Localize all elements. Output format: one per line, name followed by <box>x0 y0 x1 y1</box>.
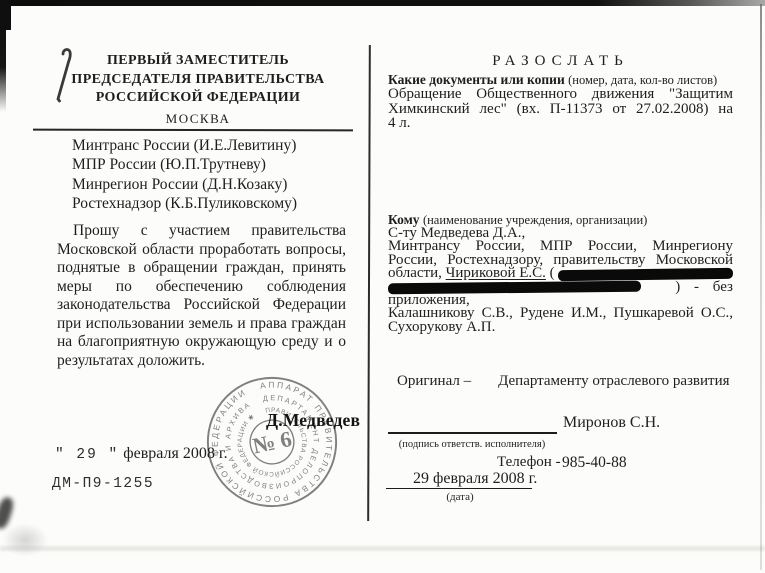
komu-list: С-ту Медведева Д.А., Минтрансу России, М… <box>388 227 733 334</box>
date-tail: февраля 2008 г. <box>123 445 227 462</box>
body-line: Прошу с участием правительства <box>57 222 346 241</box>
addressee-line: Минрегион России (Д.Н.Козаку) <box>72 175 362 194</box>
original-value: Департаменту отраслевого развития <box>498 373 729 390</box>
scanned-document-page: ПЕРВЫЙ ЗАМЕСТИТЕЛЬ ПРЕДСЕДАТЕЛЯ ПРАВИТЕЛ… <box>0 0 765 573</box>
letterhead-title-line: ПРЕДСЕДАТЕЛЯ ПРАВИТЕЛЬСТВА <box>40 71 356 90</box>
signature-rule <box>388 432 557 434</box>
body-line: поднятые в обращении граждан, принять <box>57 259 346 278</box>
docs-label-bold: Какие документы или копии <box>388 72 565 87</box>
scan-edge-right <box>760 4 762 570</box>
column-divider <box>367 45 370 521</box>
addressee-line: Ростехнадзор (К.Б.Пуликовскому) <box>72 194 362 213</box>
signature-caption: (подпись ответств. исполнителя) <box>392 439 552 450</box>
resolution-body: Прошу с участием правительства Московско… <box>57 222 346 370</box>
body-line: Московской области проработать вопросы, <box>57 241 346 260</box>
docs-description: Обращение Общественного движения "Защити… <box>388 87 733 131</box>
komu-line-redacted: области, Чириковой Е.С. ( <box>388 267 733 280</box>
form-date: 29 февраля 2008 г. <box>413 470 537 488</box>
addressee-line: Минтранс России (И.Е.Левитину) <box>72 136 362 155</box>
addressee-line: МПР России (Ю.П.Трутневу) <box>72 155 362 174</box>
date-caption: (дата) <box>425 491 495 503</box>
docs-line: Химкинский лес" (вх. П-11373 от 27.02.20… <box>388 102 733 117</box>
komu-line: Сухорукову А.П. <box>388 321 733 334</box>
redaction-bar <box>558 267 733 280</box>
komu-line-part-underlined: Чириковой Е.С. <box>446 267 546 280</box>
scan-blotch-light <box>2 523 48 557</box>
date-day-typed: " 29 " <box>55 447 119 463</box>
letterhead-title-line: ПЕРВЫЙ ЗАМЕСТИТЕЛЬ <box>40 52 356 71</box>
rassylka-title: РАЗОСЛАТЬ <box>388 53 733 70</box>
letterhead-city: МОСКВА <box>40 111 356 127</box>
komu-line-part: ( <box>550 267 555 280</box>
official-stamp-icon: АППАРАТ ПРАВИТЕЛЬСТВА РОССИЙСКОЙ ФЕДЕРАЦ… <box>191 361 352 522</box>
signature-name: Д.Медведев <box>266 410 360 431</box>
addressee-list: Минтранс России (И.Е.Левитину) МПР Росси… <box>72 136 362 213</box>
body-line: на благоприятную окружающую среду и о <box>57 333 346 352</box>
date-rule <box>386 488 532 489</box>
phone-value: 985-40-88 <box>562 454 627 472</box>
document-number: ДМ-П9-1255 <box>52 476 154 492</box>
docs-line: 4 л. <box>388 116 733 131</box>
docs-label-note: (номер, дата, кол-во листов) <box>568 73 717 87</box>
komu-line-part: ) - без <box>675 281 733 294</box>
docs-line: Обращение Общественного движения "Защити… <box>388 87 733 102</box>
body-line: меры по обеспечению соблюдения <box>57 278 346 297</box>
original-label: Оригинал – <box>397 373 471 390</box>
phone-label: Телефон - <box>497 454 561 471</box>
scan-edge-top <box>0 0 765 6</box>
scan-edge-bottom <box>0 546 765 551</box>
original-line: Оригинал – Департаменту отраслевого разв… <box>397 373 733 390</box>
body-line: при использовании земель и права граждан <box>57 315 346 334</box>
redaction-bar <box>388 281 641 294</box>
scan-edge-left-corner <box>0 0 11 30</box>
letterhead-rule <box>33 129 353 131</box>
executor-name: Миронов С.Н. <box>563 414 660 432</box>
letterhead-title-line: РОССИЙСКОЙ ФЕДЕРАЦИИ <box>40 89 356 108</box>
komu-line-redacted: ) - без <box>388 281 733 294</box>
document-date: " 29 " февраля 2008 г. <box>55 445 228 463</box>
body-line: законодательства Российской Федерации <box>57 296 346 315</box>
komu-line-part: области, <box>388 267 442 280</box>
letterhead-title: ПЕРВЫЙ ЗАМЕСТИТЕЛЬ ПРЕДСЕДАТЕЛЯ ПРАВИТЕЛ… <box>40 52 356 108</box>
